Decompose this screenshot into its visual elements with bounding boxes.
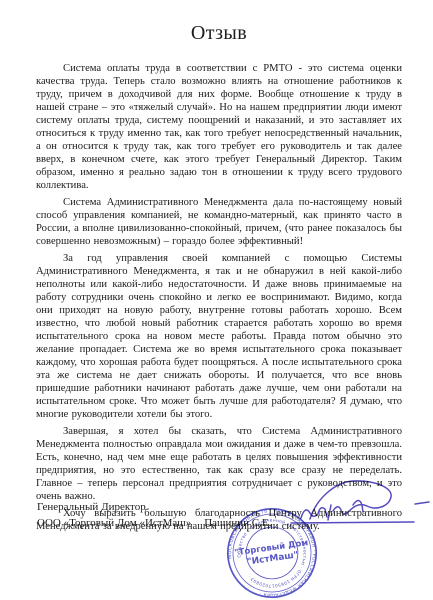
paragraph: Система Административного Менеджмента да…	[36, 196, 402, 248]
document-body: Система оплаты труда в соответствии с РМ…	[36, 62, 402, 533]
signature-autograph	[283, 477, 431, 535]
signature-flourish	[310, 481, 391, 519]
testimonial-page: Отзыв Система оплаты труда в соответстви…	[0, 0, 433, 600]
paragraph: За год управления своей компанией с помо…	[36, 252, 402, 421]
paragraph: Система оплаты труда в соответствии с РМ…	[36, 62, 402, 192]
signature-dash	[415, 502, 429, 504]
document-title: Отзыв	[36, 22, 402, 45]
signature-underline	[291, 522, 414, 523]
company-name: ООО «Торговый Дом «ИстМаш»	[37, 517, 191, 529]
